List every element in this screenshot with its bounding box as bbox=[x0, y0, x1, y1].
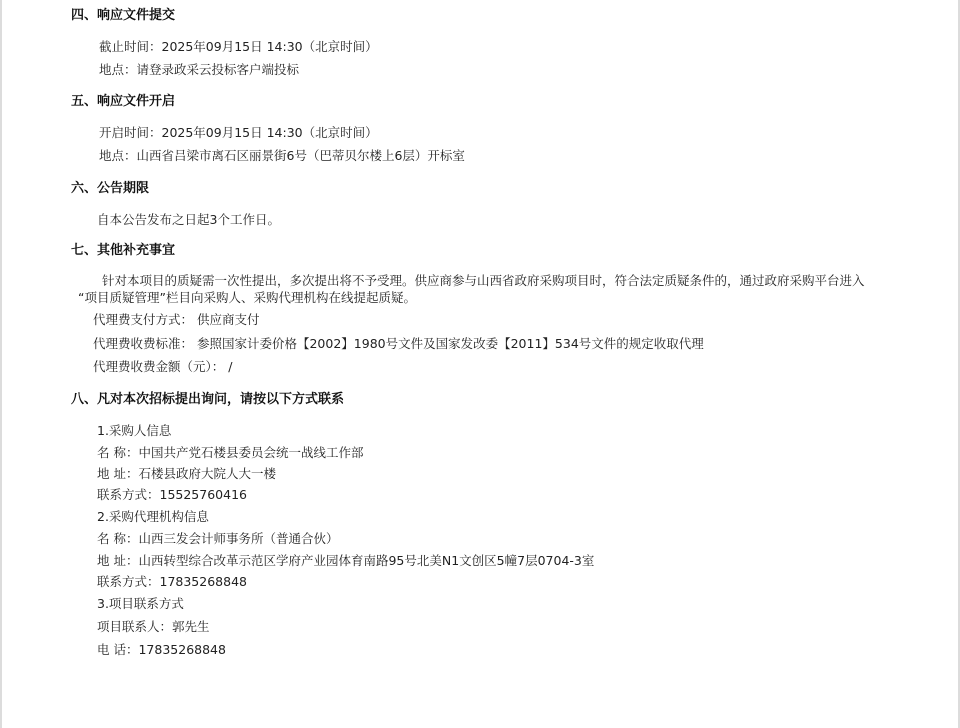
purchaser-address: 地 址：石楼县政府大院人大一楼 bbox=[97, 466, 276, 482]
document-page: 四、响应文件提交 截止时间：2025年09月15日 14:30（北京时间） 地点… bbox=[0, 0, 960, 728]
agency-info-header: 2.采购代理机构信息 bbox=[97, 509, 209, 525]
section-heading-period: 六、公告期限 bbox=[71, 181, 149, 197]
agency-fee-payment: 代理费支付方式： 供应商支付 bbox=[93, 312, 259, 328]
purchaser-contact: 联系方式：15525760416 bbox=[97, 487, 247, 503]
section-heading-supplementary: 七、其他补充事宜 bbox=[71, 243, 175, 259]
submission-location: 地点：请登录政采云投标客户端投标 bbox=[99, 62, 299, 78]
purchaser-name: 名 称：中国共产党石楼县委员会统一战线工作部 bbox=[97, 445, 363, 461]
submission-deadline: 截止时间：2025年09月15日 14:30（北京时间） bbox=[99, 39, 378, 55]
project-contact-header: 3.项目联系方式 bbox=[97, 596, 184, 612]
project-contact-phone: 电 话：17835268848 bbox=[97, 642, 226, 658]
section-heading-submission: 四、响应文件提交 bbox=[71, 8, 175, 24]
supplementary-paragraph-line1: 针对本项目的质疑需一次性提出，多次提出将不予受理。供应商参与山西省政府采购项目时… bbox=[102, 273, 865, 289]
section-heading-contact: 八、凡对本次招标提出询问，请按以下方式联系 bbox=[71, 392, 344, 408]
section-heading-opening: 五、响应文件开启 bbox=[71, 94, 175, 110]
agency-name: 名 称：山西三发会计师事务所（普通合伙） bbox=[97, 531, 338, 547]
agency-contact: 联系方式：17835268848 bbox=[97, 574, 247, 590]
purchaser-info-header: 1.采购人信息 bbox=[97, 423, 171, 439]
agency-fee-standard: 代理费收费标准： 参照国家计委价格【2002】1980号文件及国家发改委【201… bbox=[93, 336, 704, 352]
agency-fee-amount: 代理费收费金额（元）： / bbox=[93, 359, 232, 375]
announcement-period: 自本公告发布之日起3个工作日。 bbox=[97, 212, 280, 228]
opening-time: 开启时间：2025年09月15日 14:30（北京时间） bbox=[99, 125, 378, 141]
project-contact-person: 项目联系人：郭先生 bbox=[97, 619, 210, 635]
supplementary-paragraph-line2: “项目质疑管理”栏目向采购人、采购代理机构在线提起质疑。 bbox=[78, 290, 416, 306]
agency-address: 地 址：山西转型综合改革示范区学府产业园体育南路95号北美N1文创区5幢7层07… bbox=[97, 553, 594, 569]
opening-location: 地点：山西省吕梁市离石区丽景街6号（巴蒂贝尔楼上6层）开标室 bbox=[99, 148, 465, 164]
